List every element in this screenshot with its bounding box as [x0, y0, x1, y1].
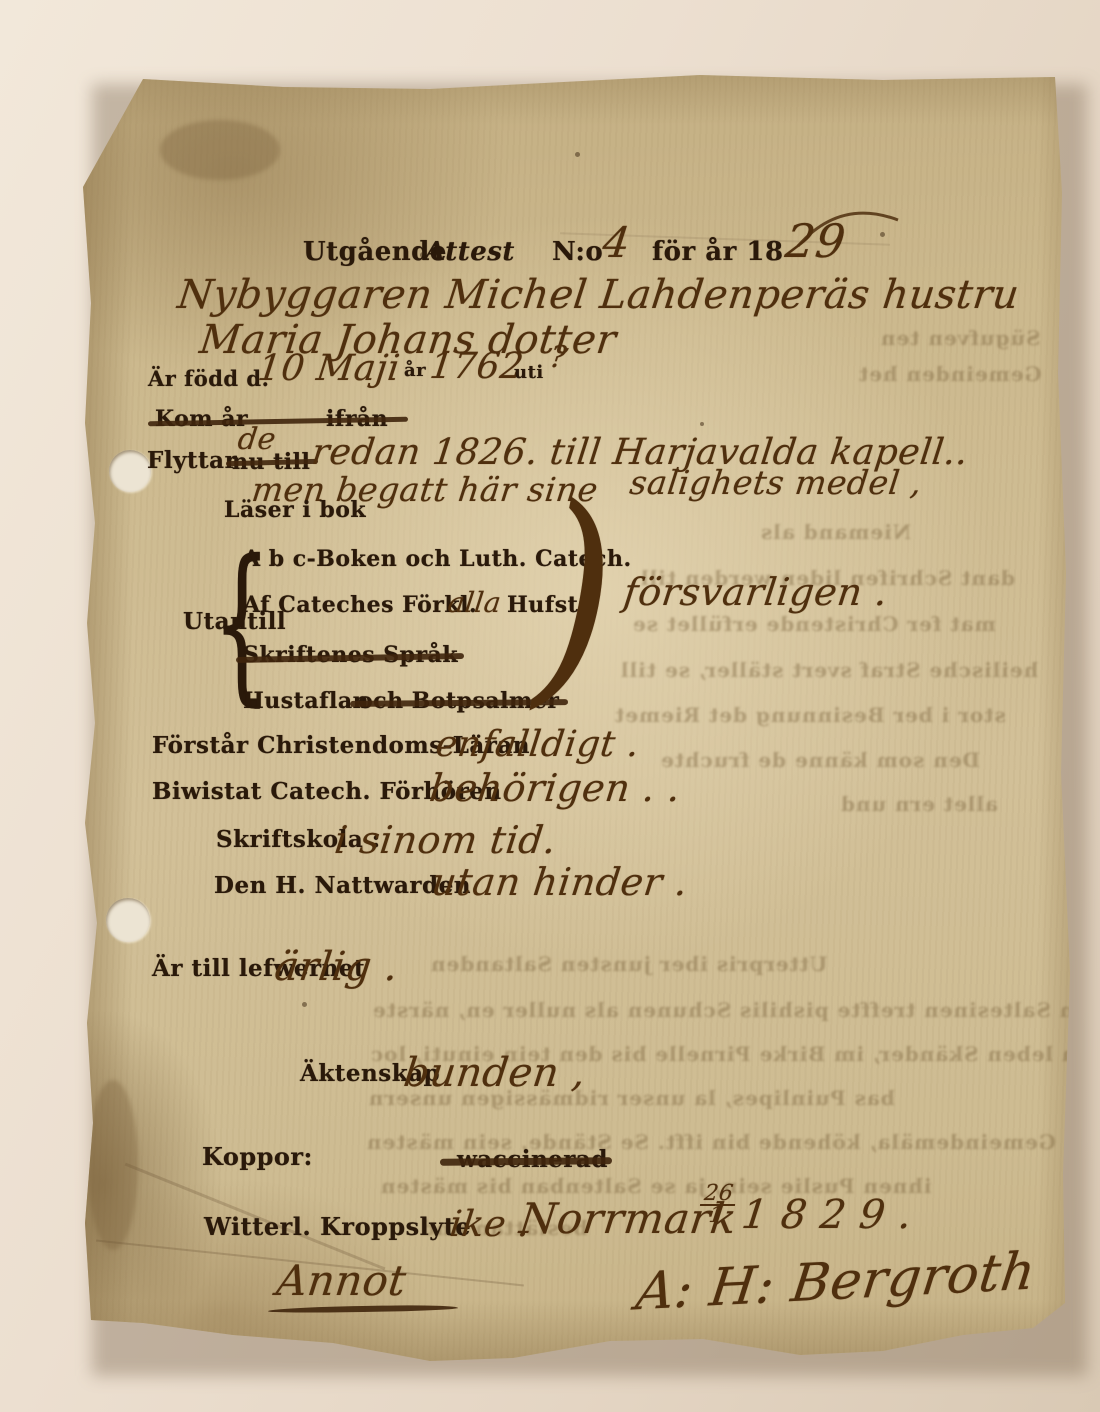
ink-speck: [302, 1002, 307, 1007]
date-denominator: 1: [697, 1206, 734, 1226]
defect-label: Witterl. Kroppslyte: [204, 1212, 471, 1241]
form-title-for-ar: för år 18: [652, 237, 784, 267]
attended-value: behörigen . .: [427, 766, 683, 810]
laser-i-bok-label: Läser i bok: [224, 497, 366, 523]
understands-value: enfalldigt .: [433, 724, 641, 765]
paper-stain: [88, 1080, 138, 1250]
issue-year-handwritten: 1 8 2 9 .: [739, 1192, 915, 1238]
communion-value: utan hinder .: [429, 860, 690, 904]
marriage-value: bunden ,: [401, 1050, 588, 1096]
conduct-value: ärlig .: [272, 944, 401, 990]
form-title-no-label: N:o: [552, 237, 603, 267]
photo-background: Sügufven ten Gemeinden het Niemand als d…: [0, 0, 1100, 1412]
born-year-handwritten: 1762: [427, 346, 526, 387]
bleed-through-text: Sügufven ten: [880, 326, 1040, 350]
person-name-line1: Nybyggaren Michel Lahdenperäs hustru: [175, 272, 1022, 318]
smallpox-label: Koppor:: [202, 1142, 313, 1171]
flyttar-value-line2b: salighets medel ,: [628, 463, 925, 502]
flyttar-label: Flyttar: [147, 447, 237, 474]
bleed-through-text: iben bun Saltesinen treffte pishilis Sch…: [372, 998, 1100, 1022]
attest-number-handwritten: 4: [600, 218, 633, 267]
ink-speck: [575, 152, 580, 157]
reading-grade-handwritten: försvarligen .: [621, 570, 890, 614]
bleed-through-text: mat fer Christende erfüllet se: [632, 612, 996, 636]
annotation-underline: [268, 1304, 458, 1313]
annotation-handwritten: Annot: [274, 1256, 409, 1305]
utantill-item2-label: Af Cateches Förkl.: [243, 592, 477, 618]
strike-mark-waccinerad: [440, 1157, 612, 1166]
bleed-through-text: Utterpris iber junsten Saltanden: [430, 952, 827, 976]
punch-hole-top: [109, 450, 151, 492]
utantill-item2-handwritten: alla: [446, 586, 503, 619]
grade-paren: ): [533, 476, 618, 714]
punch-hole-bottom: [106, 898, 150, 942]
document-content: Sügufven ten Gemeinden het Niemand als d…: [0, 0, 1100, 1412]
born-uti-label: uti: [514, 362, 544, 383]
document-paper: Sügufven ten Gemeinden het Niemand als d…: [83, 73, 1078, 1365]
born-label: Är född d.: [148, 366, 269, 391]
issue-date-fraction: 26 1: [697, 1184, 737, 1226]
born-year-label: år: [404, 360, 426, 381]
bleed-through-text: Gemeinden het: [858, 362, 1042, 386]
ink-speck: [700, 422, 704, 426]
skriftskola-value: i sinom tid.: [332, 818, 559, 862]
bleed-through-text: Den som känne de fruchte: [660, 748, 980, 772]
born-parish-handwritten: ?: [548, 340, 569, 375]
bleed-through-text: allet ern und: [840, 792, 998, 816]
bleed-through-text: stor i ber Besinnung det Riemet: [614, 703, 1006, 727]
paper-stain: [160, 120, 280, 180]
form-title-attest: Attest: [425, 237, 515, 267]
bleed-through-text: Niemand als: [760, 520, 911, 544]
signature-handwritten: A: H: Bergroth: [633, 1242, 1039, 1323]
flyttar-inserted-word: de: [236, 422, 278, 457]
bleed-through-text: heilische Straf svert ställer, se till: [620, 658, 1038, 682]
born-day-handwritten: 10 Maji: [255, 348, 402, 389]
ink-flourish: [790, 190, 910, 250]
